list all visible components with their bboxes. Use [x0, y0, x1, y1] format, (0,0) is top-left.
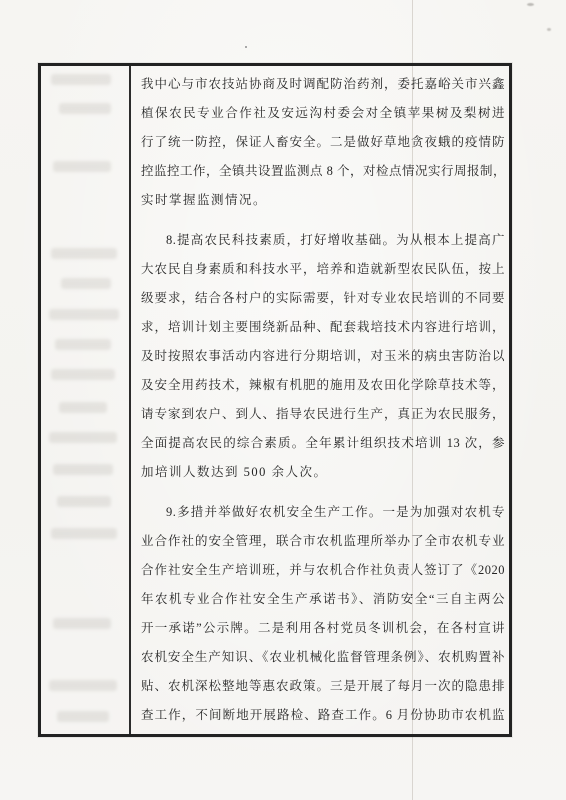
- text-line: 实时掌握监测情况。: [141, 186, 505, 215]
- text-line: 级要求，结合各村户的实际需要，针对专业农民培训的不同要: [141, 284, 505, 313]
- bleedthrough-artifact: [57, 496, 111, 507]
- text-line: 年农机专业合作社安全生产承诺书》、消防安全“三自主两公: [141, 585, 505, 614]
- text-line: 全面提高农民的综合素质。全年累计组织技术培训 13 次，参: [141, 429, 505, 458]
- bleedthrough-artifact: [59, 402, 107, 413]
- text-line: 求，培训计划主要围绕新品种、配套栽培技术内容进行培训，: [141, 313, 505, 342]
- scan-speck: [547, 28, 551, 31]
- text-line: 查工作，不间断地开展路检、路查工作。6 月份协助市农机监: [141, 701, 505, 730]
- text-line: 大农民自身素质和科技水平，培养和造就新型农民队伍，按上: [141, 255, 505, 284]
- text-line: 控监控工作，全镇共设置监测点 8 个，对检点情况实行周报制，: [141, 157, 505, 186]
- bleedthrough-artifact: [53, 618, 111, 629]
- text-line: 植保农民专业合作社及安远沟村委会对全镇苹果树及梨树进: [141, 99, 505, 128]
- bleedthrough-artifact: [57, 711, 109, 722]
- bleedthrough-artifact: [49, 309, 119, 320]
- text-line: 开一承诺”公示牌。二是利用各村党员冬训机会，在各村宣讲: [141, 614, 505, 643]
- bleedthrough-artifact: [55, 339, 111, 350]
- report-table: 我中心与市农技站协商及时调配防治药剂，委托嘉峪关市兴鑫 植保农民专业合作社及安远…: [38, 63, 512, 737]
- text-line: 加培训人数达到 500 余人次。: [141, 458, 505, 487]
- bleedthrough-artifact: [49, 680, 117, 691]
- bleedthrough-artifact: [51, 369, 115, 380]
- bleedthrough-artifact: [59, 103, 111, 114]
- table-text-cell: 我中心与市农技站协商及时调配防治药剂，委托嘉峪关市兴鑫 植保农民专业合作社及安远…: [131, 66, 509, 734]
- text-line: 行了统一防控，保证人畜安全。二是做好草地贪夜蛾的疫情防: [141, 128, 505, 157]
- text-line: 8.提高农民科技素质，打好增收基础。为从根本上提高广: [141, 226, 505, 255]
- scanned-document-page: 我中心与市农技站协商及时调配防治药剂，委托嘉峪关市兴鑫 植保农民专业合作社及安远…: [0, 0, 566, 800]
- text-line: 及时按照农事活动内容进行分期培训，对玉米的病虫害防治以: [141, 342, 505, 371]
- text-line: 9.多措并举做好农机安全生产工作。一是为加强对农机专: [141, 498, 505, 527]
- bleedthrough-artifact: [49, 432, 117, 443]
- text-line: 农机安全生产知识、《农业机械化监督管理条例》、农机购置补: [141, 643, 505, 672]
- text-line: 合作社安全生产培训班，并与农机合作社负责人签订了《2020: [141, 556, 505, 585]
- table-left-column: [41, 66, 131, 734]
- paragraph-machinery-safety: 9.多措并举做好农机安全生产工作。一是为加强对农机专 业合作社的安全管理，联合市…: [141, 498, 505, 730]
- bleedthrough-artifact: [53, 161, 111, 172]
- text-line: 及安全用药技术，辣椒有机肥的施用及农田化学除草技术等，: [141, 371, 505, 400]
- scan-speck: [527, 3, 534, 6]
- scan-speck: [245, 46, 247, 48]
- text-line: 请专家到农户、到人、指导农民进行生产，真正为农民服务，: [141, 400, 505, 429]
- bleedthrough-artifact: [51, 528, 117, 539]
- text-line: 贴、农机深松整地等惠农政策。三是开展了每月一次的隐患排: [141, 672, 505, 701]
- paragraph-farmer-training: 8.提高农民科技素质，打好增收基础。为从根本上提高广 大农民自身素质和科技水平，…: [141, 226, 505, 487]
- text-line: 我中心与市农技站协商及时调配防治药剂，委托嘉峪关市兴鑫: [141, 70, 505, 99]
- paragraph-pest-control: 我中心与市农技站协商及时调配防治药剂，委托嘉峪关市兴鑫 植保农民专业合作社及安远…: [141, 70, 505, 215]
- bleedthrough-artifact: [51, 74, 111, 85]
- bleedthrough-artifact: [61, 278, 111, 289]
- text-line: 业合作社的安全管理，联合市农机监理所举办了全市农机专业: [141, 527, 505, 556]
- bleedthrough-artifact: [53, 464, 113, 475]
- bleedthrough-artifact: [51, 248, 117, 259]
